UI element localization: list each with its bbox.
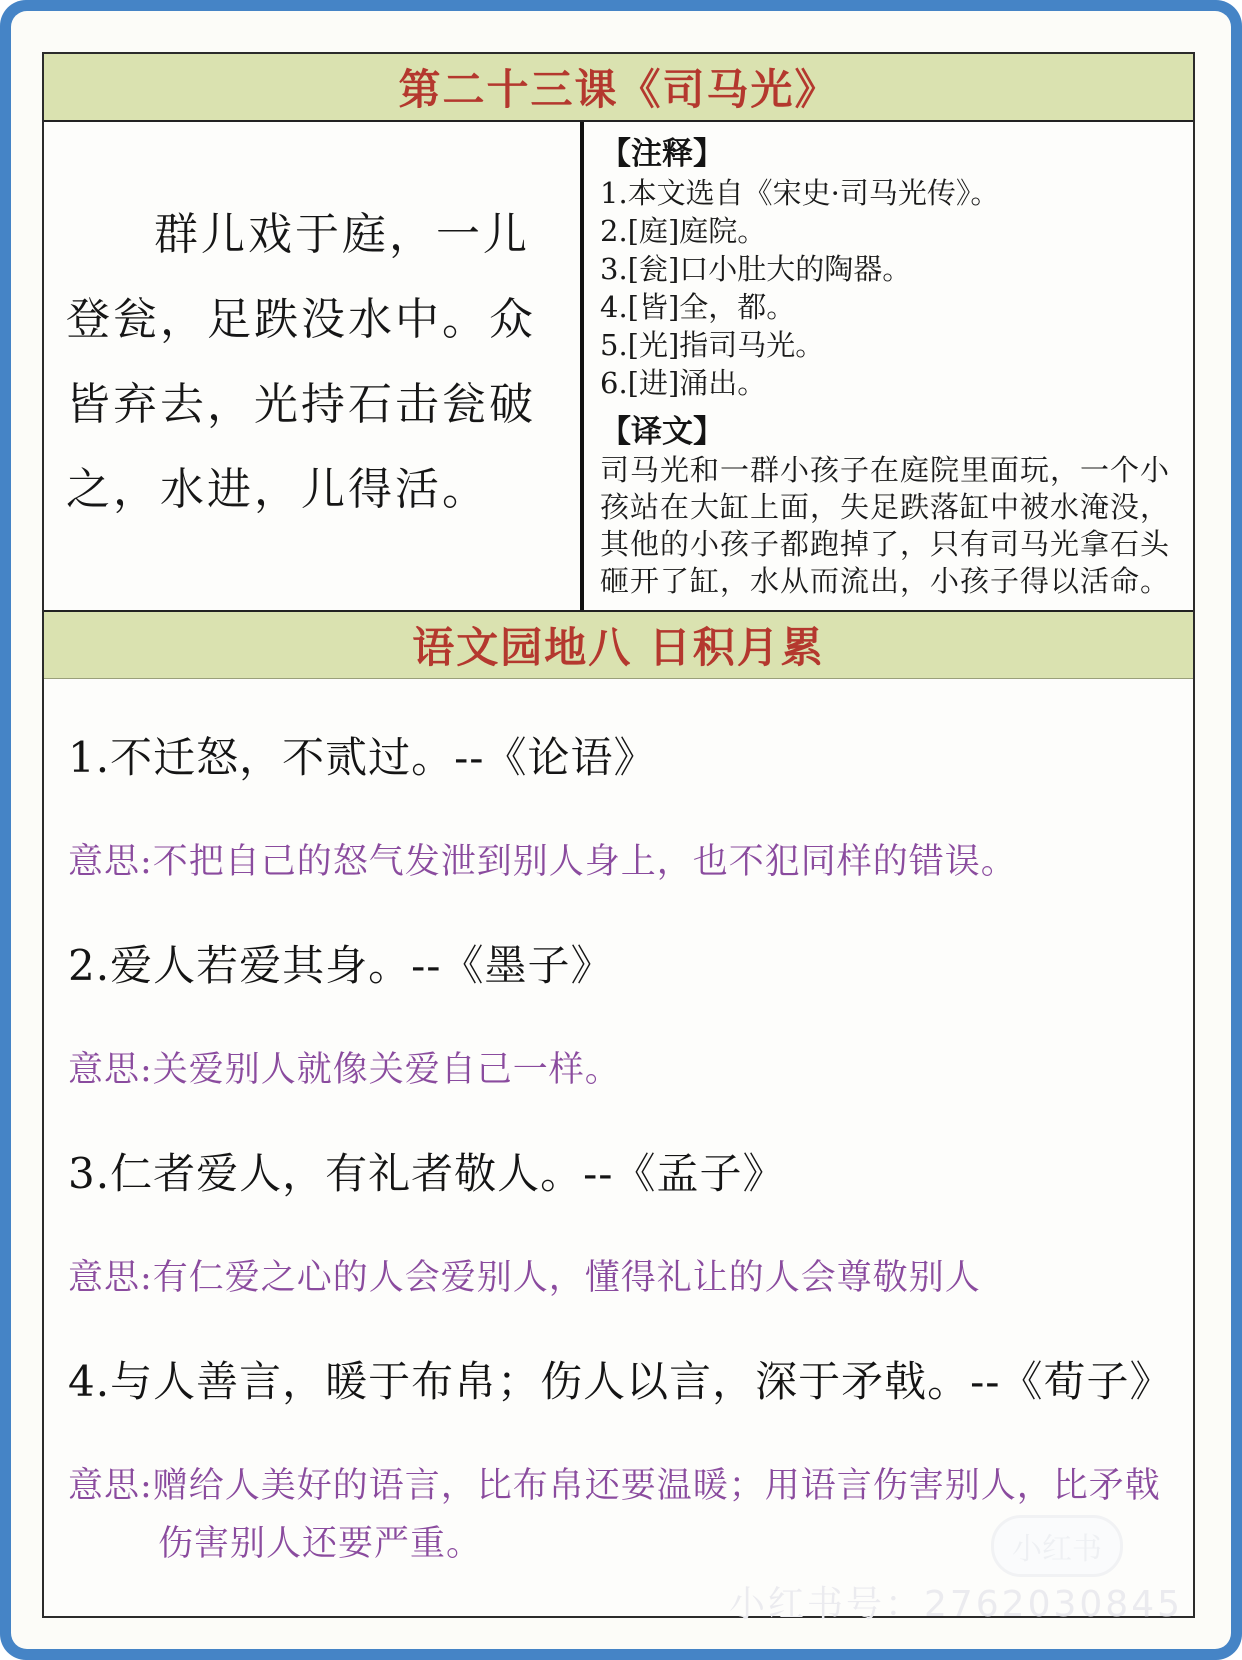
quote-text: 4.与人善言，暖于布帛；伤人以言，深于矛戟。--《荀子》 <box>68 1349 1169 1409</box>
translation-text: 司马光和一群小孩子在庭院里面玩，一个小孩站在大缸上面，失足跌落缸中被水淹没，其他… <box>600 452 1183 600</box>
accumulation-header-bar: 语文园地八 日积月累 <box>44 610 1193 679</box>
notes-header: 【注释】 <box>600 134 1183 174</box>
sheet: 第二十三课《司马光》 群儿戏于庭，一儿登瓮，足跌没水中。众皆弃去，光持石击瓮破之… <box>11 11 1231 1649</box>
lesson-content-row: 群儿戏于庭，一儿登瓮，足跌没水中。众皆弃去，光持石击瓮破之，水进，儿得活。 【注… <box>44 122 1193 610</box>
quotes-section: 1.不迁怒，不贰过。--《论语》 意思:不把自己的怒气发泄到别人身上，也不犯同样… <box>44 679 1193 1616</box>
classical-text: 群儿戏于庭，一儿登瓮，足跌没水中。众皆弃去，光持石击瓮破之，水进，儿得活。 <box>66 192 558 532</box>
xiaohongshu-badge: 小红书 <box>991 1515 1123 1577</box>
lesson-header-bar: 第二十三课《司马光》 <box>44 54 1193 122</box>
accumulation-title: 语文园地八 日积月累 <box>412 615 825 675</box>
notes-list: 1.本文选自《宋史·司马光传》。 2.[庭]庭院。 3.[瓮]口小肚大的陶器。 … <box>600 174 1183 402</box>
quote-text: 3.仁者爱人，有礼者敬人。--《孟子》 <box>68 1141 1169 1201</box>
lesson-table: 第二十三课《司马光》 群儿戏于庭，一儿登瓮，足跌没水中。众皆弃去，光持石击瓮破之… <box>42 52 1195 1618</box>
note-line: 1.本文选自《宋史·司马光传》。 <box>600 174 1183 212</box>
note-line: 3.[瓮]口小肚大的陶器。 <box>600 250 1183 288</box>
meaning-text: 意思:不把自己的怒气发泄到别人身上，也不犯同样的错误。 <box>68 833 1169 891</box>
quote-item: 2.爱人若爱其身。--《墨子》 意思:关爱别人就像关爱自己一样。 <box>68 933 1169 1099</box>
quote-text: 1.不迁怒，不贰过。--《论语》 <box>68 725 1169 785</box>
quote-text: 2.爱人若爱其身。--《墨子》 <box>68 933 1169 993</box>
classical-text-cell: 群儿戏于庭，一儿登瓮，足跌没水中。众皆弃去，光持石击瓮破之，水进，儿得活。 <box>44 122 580 610</box>
note-line: 5.[光]指司马光。 <box>600 326 1183 364</box>
note-line: 4.[皆]全，都。 <box>600 288 1183 326</box>
quote-item: 3.仁者爱人，有礼者敬人。--《孟子》 意思:有仁爱之心的人会爱别人，懂得礼让的… <box>68 1141 1169 1307</box>
meaning-text: 意思:有仁爱之心的人会爱别人，懂得礼让的人会尊敬别人 <box>68 1249 1169 1307</box>
xiaohongshu-account-watermark: 小红书号：2762030845 <box>729 1576 1183 1627</box>
meaning-text: 意思:关爱别人就像关爱自己一样。 <box>68 1041 1169 1099</box>
outer-frame: 第二十三课《司马光》 群儿戏于庭，一儿登瓮，足跌没水中。众皆弃去，光持石击瓮破之… <box>0 0 1242 1660</box>
note-line: 2.[庭]庭院。 <box>600 212 1183 250</box>
annotation-cell: 【注释】 1.本文选自《宋史·司马光传》。 2.[庭]庭院。 3.[瓮]口小肚大… <box>584 122 1193 610</box>
lesson-title: 第二十三课《司马光》 <box>398 57 838 117</box>
note-line: 6.[进]涌出。 <box>600 364 1183 402</box>
translation-header: 【译文】 <box>600 412 1183 452</box>
quote-item: 1.不迁怒，不贰过。--《论语》 意思:不把自己的怒气发泄到别人身上，也不犯同样… <box>68 725 1169 891</box>
